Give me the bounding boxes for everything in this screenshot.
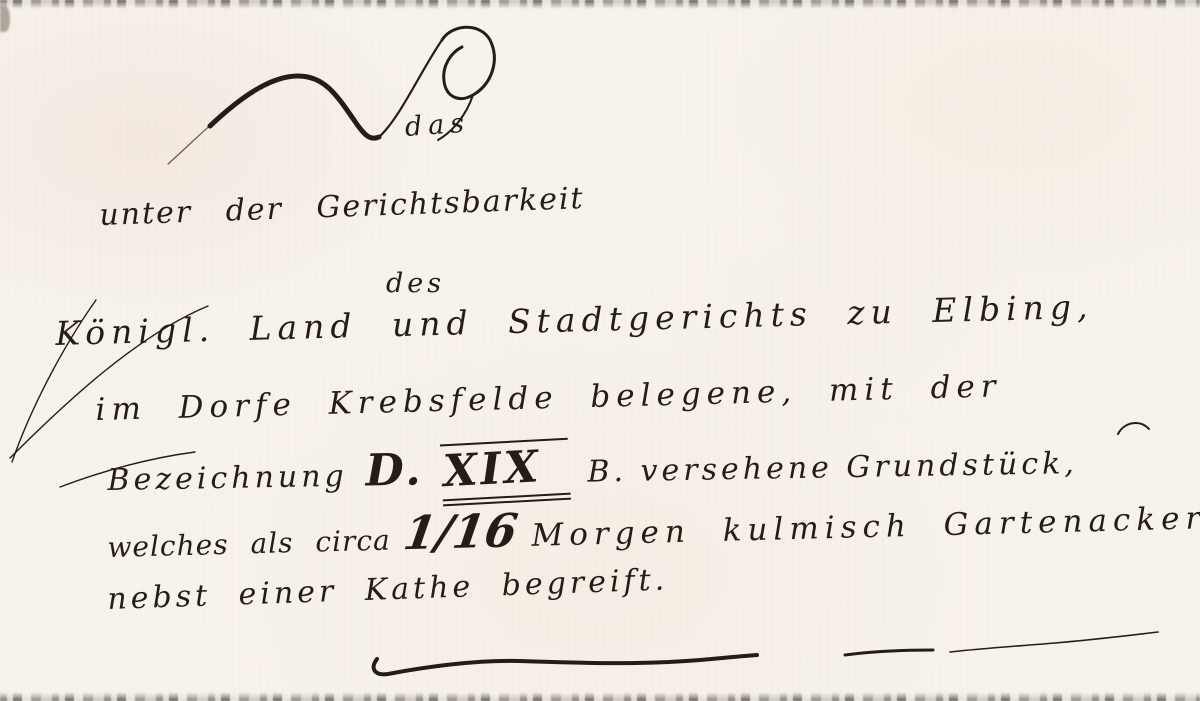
- designation-letter: D.: [365, 444, 424, 496]
- closing-paraph-hairline: [950, 632, 1158, 652]
- scan-edge-bottom: [0, 692, 1200, 701]
- area-prefix: welches als circa: [107, 524, 391, 564]
- area-suffix: Morgen kulmisch Gartenacker: [531, 500, 1200, 554]
- closing-paraph-left: [374, 655, 757, 674]
- word-des: des: [386, 268, 445, 299]
- designation-number: XIX: [440, 438, 571, 507]
- area-fraction: 1/16: [401, 503, 522, 560]
- right-margin-curl: [1118, 423, 1149, 434]
- opening-flourish-loop: [442, 27, 494, 98]
- line-jurisdiction: unter der Gerichtsbarkeit: [99, 181, 585, 233]
- opening-flourish-swash: [210, 76, 379, 138]
- designation-label: Bezeichnung: [107, 459, 348, 498]
- manuscript-page: das unter der Gerichtsbarkeit des Königl…: [0, 0, 1200, 701]
- opening-flourish-hairline: [168, 122, 214, 164]
- line-village: im Dorfe Krebsfelde belegene, mit der: [95, 368, 1002, 428]
- designation-suffix: B. versehene Grundstück,: [587, 446, 1078, 490]
- line-court: Königl. Land und Stadtgerichts zu Elbing…: [55, 287, 1094, 353]
- closing-paraph-middle: [845, 650, 933, 655]
- scan-edge-top: [0, 0, 1200, 9]
- word-das: das: [404, 108, 471, 143]
- scan-corner-mark: [0, 6, 10, 32]
- line-cottage: nebst einer Kathe begreift.: [107, 562, 669, 617]
